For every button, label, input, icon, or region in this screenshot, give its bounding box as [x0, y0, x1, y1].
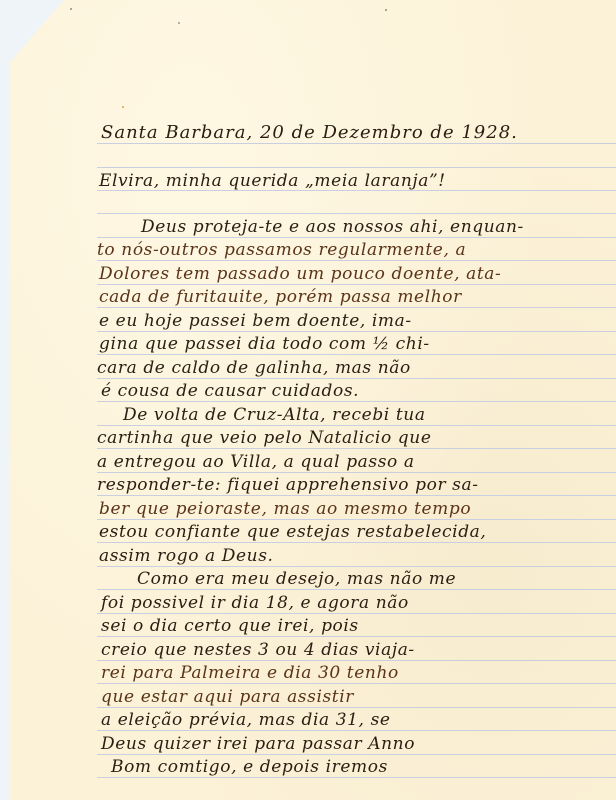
rule [97, 730, 616, 731]
rule [97, 260, 616, 261]
letter-line: cartinha que veio pelo Natalicio que [97, 430, 431, 447]
rule [97, 707, 616, 708]
rule [97, 472, 616, 473]
letter-line: a eleição prévia, mas dia 31, se [101, 712, 391, 729]
rule [97, 213, 616, 214]
letter-paper: Santa Barbara, 20 de Dezembro de 1928. E… [10, 0, 616, 800]
ruled-lines: Santa Barbara, 20 de Dezembro de 1928. E… [97, 0, 616, 800]
letter-line: Deus proteja-te e aos nossos ahi, enquan… [141, 219, 524, 236]
rule [97, 284, 616, 285]
letter-line: ber que peioraste, mas ao mesmo tempo [99, 501, 471, 518]
paper-speck [385, 9, 387, 11]
rule [97, 613, 616, 614]
rule [97, 354, 616, 355]
letter-line: gina que passei dia todo com ½ chi- [99, 336, 430, 353]
rule [97, 401, 616, 402]
letter-line: De volta de Cruz-Alta, recebi tua [123, 407, 426, 424]
letter-line: e eu hoje passei bem doente, ima- [99, 313, 412, 330]
rule [97, 495, 616, 496]
letter-line: Bom comtigo, e depois iremos [111, 759, 388, 776]
paper-speck [122, 106, 124, 108]
rule [97, 754, 616, 755]
rule [97, 425, 616, 426]
rule [97, 636, 616, 637]
rule [97, 307, 616, 308]
letter-line: cada de furitauite, porém passa melhor [99, 289, 462, 306]
rule [97, 143, 616, 144]
rule [97, 542, 616, 543]
letter-line: sei o dia certo que irei, pois [101, 618, 359, 635]
letter-line: rei para Palmeira e dia 30 tenho [101, 665, 399, 682]
rule [97, 566, 616, 567]
rule [97, 448, 616, 449]
letter-line: to nós-outros passamos regularmente, a [97, 242, 466, 259]
letter-line: Deus quizer irei para passar Anno [101, 736, 415, 753]
paper-speck [178, 22, 180, 24]
letter-line: creio que nestes 3 ou 4 dias viaja- [101, 642, 415, 659]
rule [97, 660, 616, 661]
rule [97, 683, 616, 684]
rule [97, 519, 616, 520]
letter-line: que estar aqui para assistir [101, 689, 354, 706]
letter-line: responder-te: fiquei apprehensivo por sa… [97, 477, 479, 494]
rule [97, 167, 616, 168]
letter-line: cara de caldo de galinha, mas não [97, 360, 411, 377]
paper-speck [70, 8, 72, 10]
letter-line: Como era meu desejo, mas não me [137, 571, 456, 588]
rule [97, 378, 616, 379]
letter-line: Dolores tem passado um pouco doente, ata… [99, 266, 501, 283]
letter-line: a entregou ao Villa, a qual passo a [97, 454, 415, 471]
rule [97, 331, 616, 332]
salutation: Elvira, minha querida „meia laranja”! [99, 173, 446, 190]
rule [97, 237, 616, 238]
place-date: Santa Barbara, 20 de Dezembro de 1928. [101, 124, 518, 142]
rule [97, 777, 616, 778]
letter-line: estou confiante que estejas restabelecid… [99, 524, 486, 541]
letter-line: assim rogo a Deus. [99, 548, 274, 565]
letter-line: é cousa de causar cuidados. [101, 383, 359, 400]
letter-line: foi possivel ir dia 18, e agora não [101, 595, 409, 612]
rule [97, 589, 616, 590]
